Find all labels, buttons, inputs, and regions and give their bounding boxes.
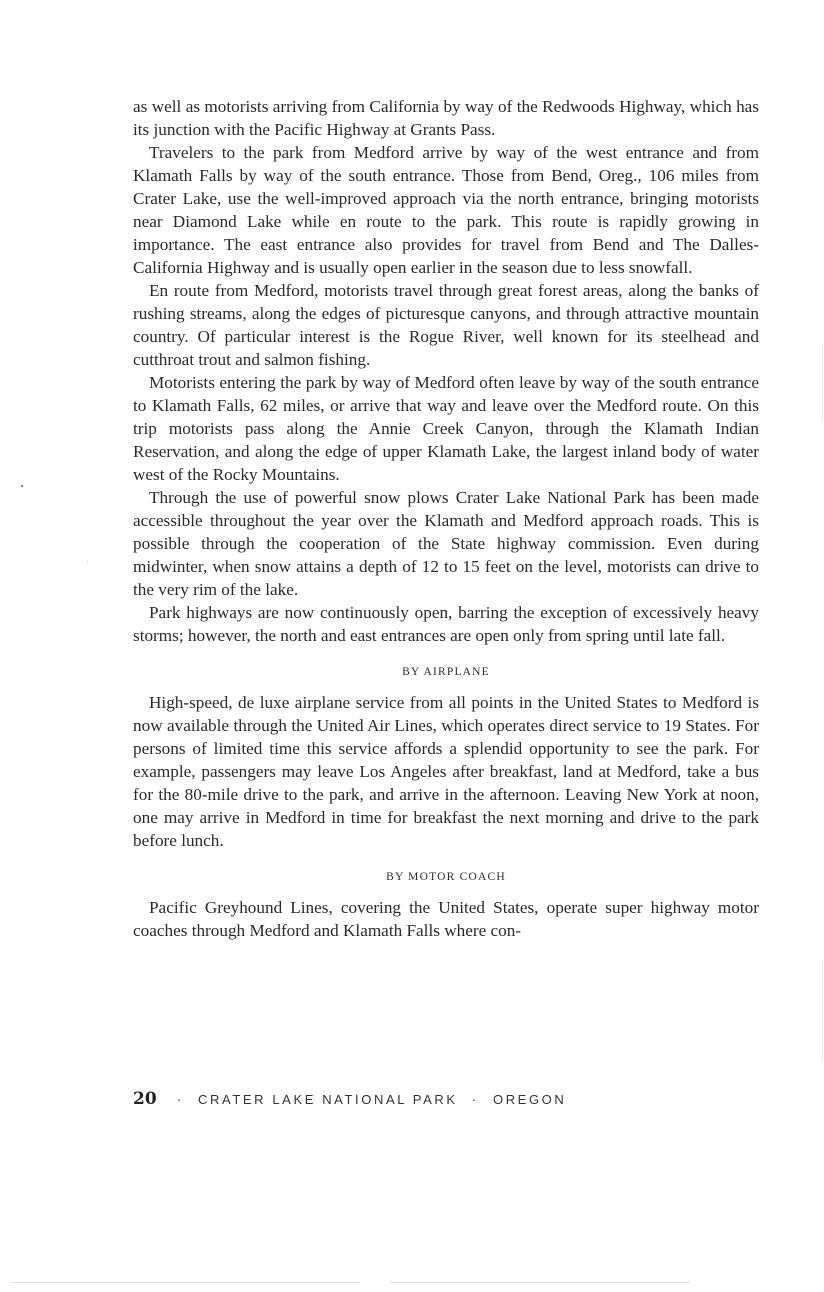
paragraph: En route from Medford, motorists travel …: [133, 279, 759, 371]
paragraph: Park highways are now continuously open,…: [133, 601, 759, 647]
footer-state: OREGON: [493, 1092, 566, 1107]
footer-title: CRATER LAKE NATIONAL PARK: [198, 1092, 458, 1107]
scan-edge-line: [822, 960, 823, 1060]
section-heading-motor-coach: BY MOTOR COACH: [133, 870, 759, 884]
section-heading-airplane: BY AIRPLANE: [133, 665, 759, 679]
scan-speck: [21, 485, 23, 487]
paragraph: Through the use of powerful snow plows C…: [133, 486, 759, 601]
scan-bottom-line: [10, 1282, 360, 1283]
paragraph: Travelers to the park from Medford arriv…: [133, 141, 759, 279]
page-number: 20: [133, 1089, 157, 1109]
footer-separator: ·: [177, 1092, 184, 1107]
footer-separator: ·: [472, 1092, 479, 1107]
paragraph: Motorists entering the park by way of Me…: [133, 371, 759, 486]
page-footer: 20 · CRATER LAKE NATIONAL PARK · OREGON: [133, 1089, 566, 1109]
scan-edge-line: [822, 345, 823, 420]
scan-bottom-line: [390, 1282, 690, 1283]
document-page: as well as motorists arriving from Calif…: [133, 95, 759, 942]
paragraph: High-speed, de luxe airplane service fro…: [133, 691, 759, 852]
paragraph: as well as motorists arriving from Calif…: [133, 95, 759, 141]
paragraph: Pacific Greyhound Lines, covering the Un…: [133, 896, 759, 942]
scan-speck: [87, 561, 88, 562]
